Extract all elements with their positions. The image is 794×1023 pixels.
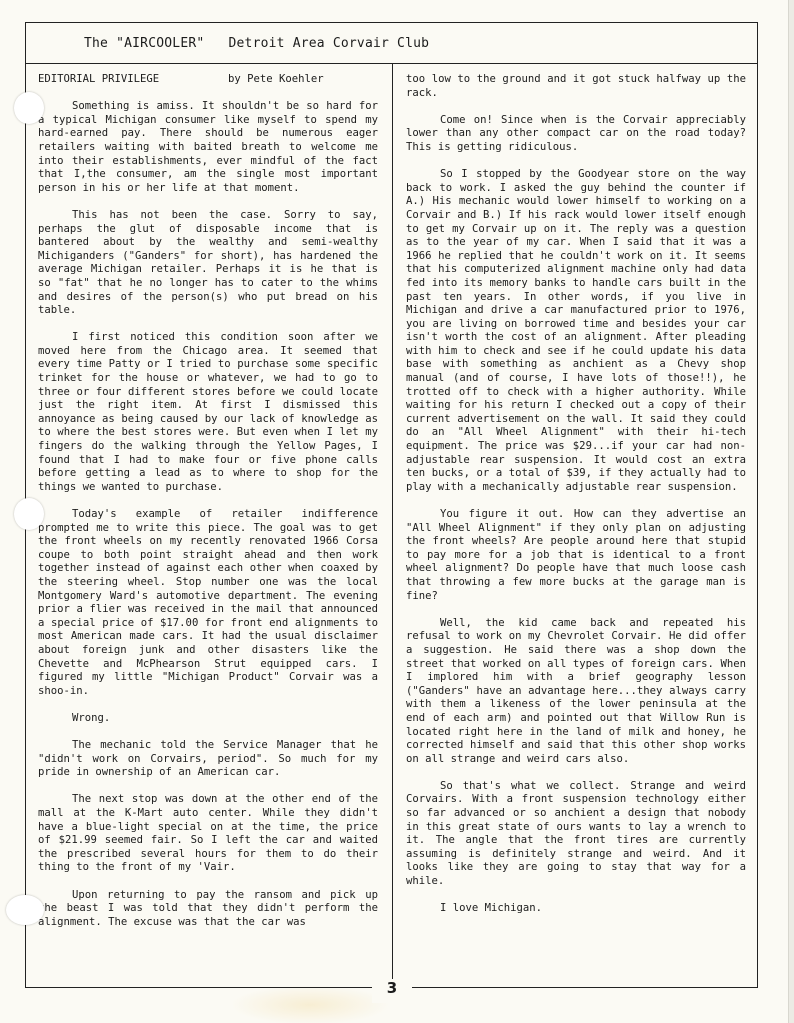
publication-name: The "AIRCOOLER" — [84, 36, 204, 51]
paragraph: So that's what we collect. Strange and w… — [406, 780, 746, 889]
article-byline: by Pete Koehler — [228, 73, 324, 87]
newsletter-frame: The "AIRCOOLER" Detroit Area Corvair Clu… — [25, 22, 758, 988]
paragraph: I love Michigan. — [406, 902, 746, 916]
paragraph: This has not been the case. Sorry to say… — [38, 209, 378, 318]
article-heading: EDITORIAL PRIVILEGE by Pete Koehler — [38, 73, 378, 87]
paragraph: Today's example of retailer indifference… — [38, 508, 378, 698]
masthead: The "AIRCOOLER" Detroit Area Corvair Clu… — [26, 23, 757, 64]
punch-hole — [14, 498, 44, 530]
paragraph: Something is amiss. It shouldn't be so h… — [38, 100, 378, 195]
paragraph: Come on! Since when is the Corvair appre… — [406, 114, 746, 155]
masthead-title: The "AIRCOOLER" Detroit Area Corvair Clu… — [84, 36, 429, 51]
paragraph: The mechanic told the Service Manager th… — [38, 739, 378, 780]
left-column: EDITORIAL PRIVILEGE by Pete Koehler Some… — [38, 73, 378, 943]
paragraph: I first noticed this condition soon afte… — [38, 331, 378, 494]
article-headline: EDITORIAL PRIVILEGE — [38, 73, 228, 87]
paragraph: Upon returning to pay the ransom and pic… — [38, 889, 378, 930]
paragraph: too low to the ground and it got stuck h… — [406, 73, 746, 100]
column-divider — [392, 63, 393, 987]
punch-hole — [6, 895, 44, 925]
punch-hole — [14, 92, 44, 124]
paragraph: Wrong. — [38, 712, 378, 726]
page-edge — [788, 0, 794, 1023]
paragraph: You figure it out. How can they advertis… — [406, 508, 746, 603]
paragraph: The next stop was down at the other end … — [38, 793, 378, 875]
page-number: 3 — [372, 979, 412, 1003]
right-column: too low to the ground and it got stuck h… — [406, 73, 746, 929]
paper-stain — [230, 985, 390, 1023]
paragraph: Well, the kid came back and repeated his… — [406, 617, 746, 767]
club-name: Detroit Area Corvair Club — [229, 36, 430, 51]
paragraph: So I stopped by the Goodyear store on th… — [406, 168, 746, 494]
